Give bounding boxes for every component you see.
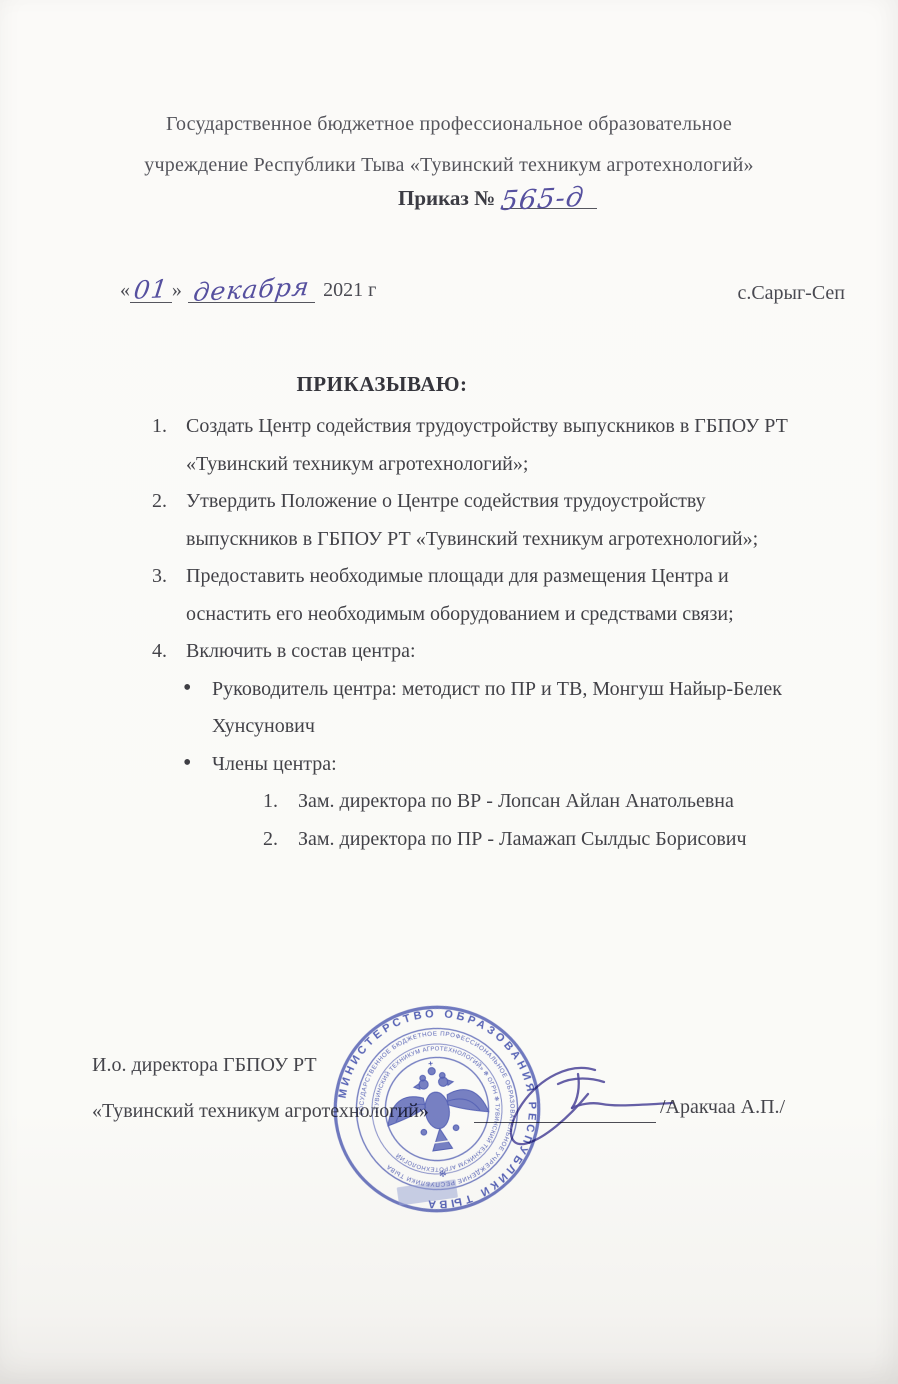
place-text: с.Сарыг-Сеп [737,282,845,305]
signature-cross [558,1079,604,1085]
open-quote: « [120,279,130,301]
close-quote: » [172,279,182,301]
directive-heading: ПРИКАЗЫВАЮ: [266,372,498,397]
day-handwritten: 01 [132,277,169,303]
year-text: 2021 г [323,279,376,301]
month-handwritten: декабря [192,275,311,305]
order-number-handwritten: 565-д [500,188,586,212]
date-group: «01»декабря2021 г [120,276,376,303]
institution-header-line1: Государственное бюджетное профессиональн… [30,104,868,145]
order-number-underline: 565-д [501,187,597,209]
bullet-center-leader: Руководитель центра: методист по ПР и ТВ… [150,671,800,746]
signatory-title-line1: И.о. директора ГБПОУ РТ [92,1054,317,1077]
institution-header-line2: учреждение Республики Тыва «Тувинский те… [30,145,868,186]
order-body: Создать Центр содействия трудоустройству… [150,408,800,858]
month-underline: декабря [188,276,315,303]
signature-tail [572,1103,672,1108]
scanned-order-document: Государственное бюджетное профессиональн… [0,0,898,1384]
order-number-line: Приказ №565-д [398,186,597,211]
institution-header: Государственное бюджетное профессиональн… [30,104,868,186]
order-label: Приказ № [398,186,495,210]
date-line: «01»декабря2021 г с.Сарыг-Сеп [0,276,898,316]
member-item-2: Зам. директора по ПР - Ламажап Сылдыс Бо… [150,821,800,859]
order-item-2: Утвердить Положение о Центре содействия … [150,483,800,558]
order-item-4: Включить в состав центра: [150,633,800,671]
stamp-star: ✻ [438,1168,447,1179]
bullet-center-members: Члены центра: [150,746,800,784]
order-item-3: Предоставить необходимые площади для раз… [150,558,800,633]
order-item-1: Создать Центр содействия трудоустройству… [150,408,800,483]
day-underline: 01 [130,276,172,303]
official-stamp: МИНИСТЕРСТВО ОБРАЗОВАНИЯ РЕСПУБЛИКИ ТЫВА… [317,989,556,1228]
member-item-1: Зам. директора по ВР - Лопсан Айлан Анат… [150,783,800,821]
